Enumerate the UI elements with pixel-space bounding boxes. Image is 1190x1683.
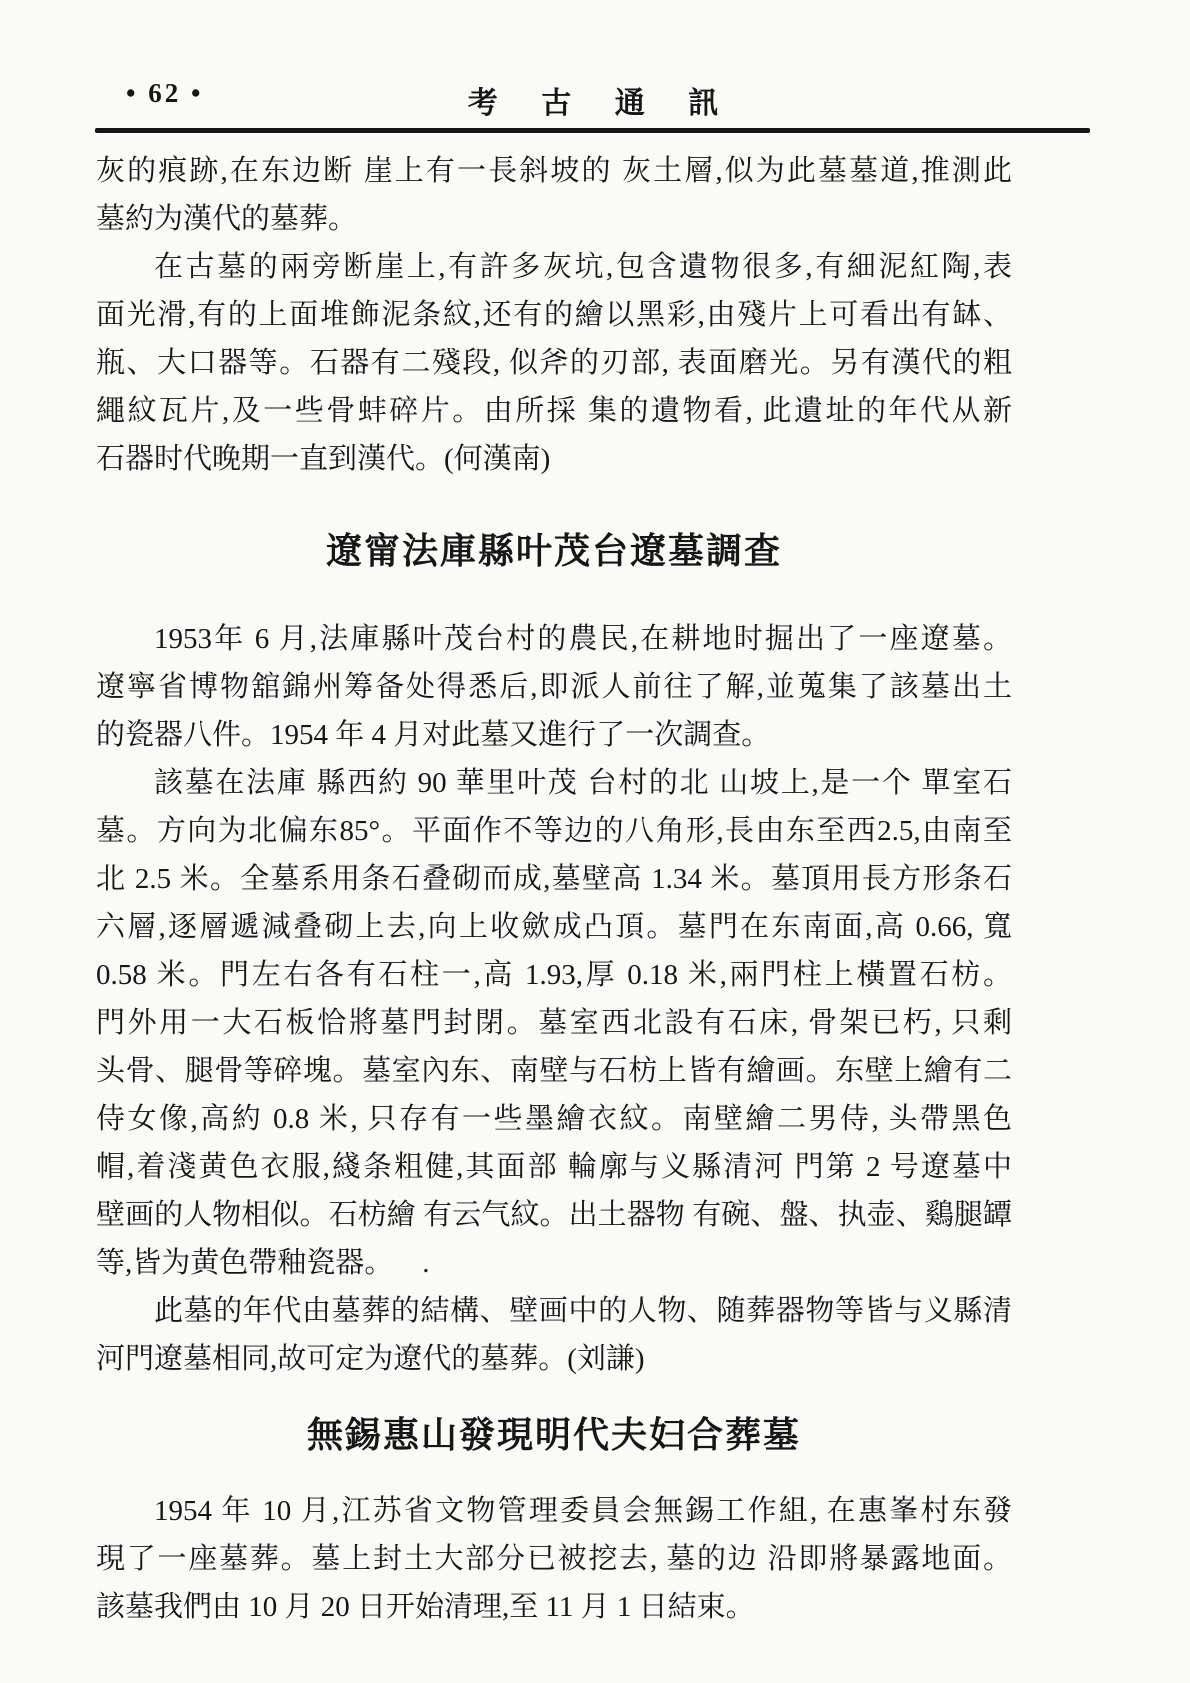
article-heading-liao-tomb: 遼甯法庫縣叶茂台遼墓調查 — [96, 527, 1012, 575]
header-divider — [95, 128, 1090, 133]
text-line: 此墓的年代由墓葬的結構、壁画中的人物、随葬器物等皆与义縣清 — [96, 1287, 1012, 1335]
text-line: 灰的痕跡,在东边断 崖上有一長斜坡的 灰土層,似为此墓墓道,推測此 — [96, 147, 1012, 195]
text-line: 面光滑,有的上面堆飾泥条紋,还有的繪以黑彩,由殘片上可看出有缽、 — [96, 291, 1012, 339]
text-line: 該墓我們由 10 月 20 日开始清理,至 11 月 1 日結束。 — [96, 1583, 1012, 1631]
text-line: 0.58 米。門左右各有石柱一,高 1.93,厚 0.18 米,兩門柱上橫置石枋… — [96, 951, 1012, 999]
text-line: 帽,着淺黄色衣服,綫条粗健,其面部 輪廓与义縣清河 門第 2 号遼墓中 — [96, 1143, 1012, 1191]
text-line: 繩紋瓦片,及一些骨蚌碎片。由所採 集的遺物看, 此遺址的年代从新 — [96, 387, 1012, 435]
text-line: 1954 年 10 月,江苏省文物管理委員会無錫工作組, 在惠峯村东發 — [96, 1487, 1012, 1535]
text-line: 墓約为漢代的墓葬。 — [96, 195, 1012, 243]
journal-title: 考 古 通 訊 — [96, 78, 1090, 122]
text-line: 北 2.5 米。全墓系用条石叠砌而成,墓壁高 1.34 米。墓頂用長方形条石 — [96, 855, 1012, 903]
text-line: 石器时代晚期一直到漢代。(何漢南) — [96, 435, 1012, 483]
text-line: 六層,逐層遞減叠砌上去,向上收歛成凸頂。墓門在东南面,高 0.66, 寬 — [96, 903, 1012, 951]
text-line: 現了一座墓葬。墓上封土大部分已被挖去, 墓的边 沿即將暴露地面。 — [96, 1535, 1012, 1583]
text-line: 等,皆为黄色帶釉瓷器。 . — [96, 1239, 1012, 1287]
text-line: 瓶、大口器等。石器有二殘段, 似斧的刃部, 表面磨光。另有漢代的粗 — [96, 339, 1012, 387]
text-line: 侍女像,高約 0.8 米, 只存有一些墨繪衣紋。南壁繪二男侍, 头帶黑色 — [96, 1095, 1012, 1143]
text-line: 該墓在法庫 縣西約 90 華里叶茂 台村的北 山坡上,是一个 單室石 — [96, 759, 1012, 807]
text-line: 門外用一大石板恰將墓門封閉。墓室西北設有石床, 骨架已朽, 只剩 — [96, 999, 1012, 1047]
text-line: 1953年 6 月,法庫縣叶茂台村的農民,在耕地时掘出了一座遼墓。 — [96, 615, 1012, 663]
text-line: 遼寧省博物舘錦州筹备处得悉后,即派人前往了解,並蒐集了該墓出土 — [96, 663, 1012, 711]
text-line: 河門遼墓相同,故可定为遼代的墓葬。(刘謙) — [96, 1335, 1012, 1383]
page-number: • 62 • — [126, 78, 203, 109]
scanned-journal-page: • 62 • 考 古 通 訊 灰的痕跡,在东边断 崖上有一長斜坡的 灰土層,似为… — [0, 0, 1190, 1683]
text-line: 的瓷器八件。1954 年 4 月对此墓又進行了一次調查。 — [96, 711, 1012, 759]
article-body: 灰的痕跡,在东边断 崖上有一長斜坡的 灰土層,似为此墓墓道,推測此 墓約为漢代的… — [96, 147, 1012, 1631]
text-line: 在古墓的兩旁断崖上,有許多灰坑,包含遺物很多,有細泥紅陶,表 — [96, 243, 1012, 291]
text-line: 头骨、腿骨等碎塊。墓室內东、南壁与石枋上皆有繪画。东壁上繪有二 — [96, 1047, 1012, 1095]
text-line: 壁画的人物相似。石枋繪 有云气紋。出土器物 有碗、盤、执壶、鷄腿罈 — [96, 1191, 1012, 1239]
page-header: • 62 • 考 古 通 訊 — [96, 0, 1090, 116]
article-heading-ming-tomb: 無錫惠山發現明代夫妇合葬墓 — [96, 1411, 1012, 1459]
text-line: 墓。方向为北偏东85°。平面作不等边的八角形,長由东至西2.5,由南至 — [96, 807, 1012, 855]
